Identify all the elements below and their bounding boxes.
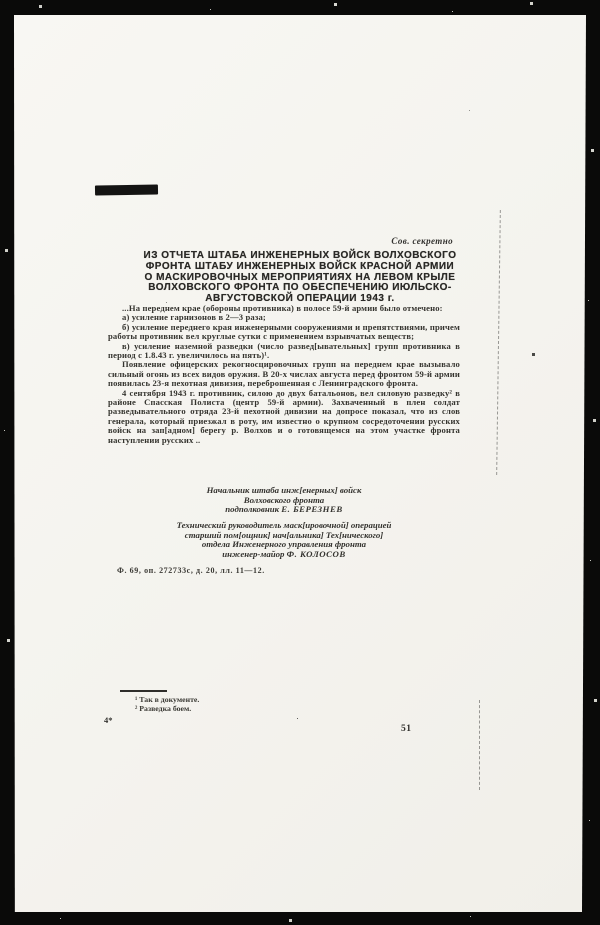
blacked-out-mark	[95, 184, 158, 195]
signatory-name: Е. БЕРЕЗНЕВ	[281, 504, 342, 514]
signatory-rank: инженер-майор	[222, 549, 284, 559]
signature-block-technical-director: Технический руководитель маск[ировочной]…	[108, 521, 460, 559]
footnote-separator-rule	[120, 690, 167, 692]
body-paragraph: 4 сентября 1943 г. противник, силою до д…	[108, 389, 460, 445]
footnote: ² Разведка боем.	[135, 705, 199, 714]
signatory-rank: подполковник	[225, 504, 279, 514]
paper-crease-mark	[479, 700, 480, 790]
printer-signature-mark: 4*	[104, 715, 113, 725]
security-classification-stamp: Сов. секретно	[391, 236, 453, 246]
paper-ink-specks	[14, 15, 15, 16]
document-body: ...На переднем крае (обороны противника)…	[108, 304, 460, 445]
document-page: Сов. секретно ИЗ ОТЧЕТА ШТАБА ИНЖЕНЕРНЫХ…	[14, 15, 586, 912]
archive-reference: Ф. 69, оп. 272733с, д. 20, лл. 11—12.	[117, 566, 265, 575]
paper-crease-mark	[496, 210, 501, 475]
title-line: ФРОНТА ШТАБУ ИНЖЕНЕРНЫХ ВОЙСК КРАСНОЙ АР…	[114, 262, 486, 273]
body-paragraph: Появление офицерских рекогносцировочных …	[108, 360, 460, 388]
signatory-name: Ф. КОЛОСОВ	[287, 549, 346, 559]
body-list-item-b: б) усиление переднего края инженерными с…	[108, 323, 460, 342]
document-title: ИЗ ОТЧЕТА ШТАБА ИНЖЕНЕРНЫХ ВОЙСК ВОЛХОВС…	[114, 251, 486, 305]
scanned-archival-document: { "doc": { "security_stamp": "Сов. секре…	[0, 0, 600, 925]
signature-block-chief-of-staff: Начальник штаба инж[енерных] войск Волхо…	[108, 486, 460, 515]
scan-noise-speckles	[0, 0, 1, 1]
signature-name-line: подполковник Е. БЕРЕЗНЕВ	[108, 505, 460, 515]
page-number: 51	[401, 724, 412, 734]
signature-name-line: инженер-майор Ф. КОЛОСОВ	[108, 550, 460, 560]
footnotes: ¹ Так в документе. ² Разведка боем.	[135, 696, 199, 713]
body-list-item-v: в) усиление наземной разведки (число раз…	[108, 342, 460, 361]
